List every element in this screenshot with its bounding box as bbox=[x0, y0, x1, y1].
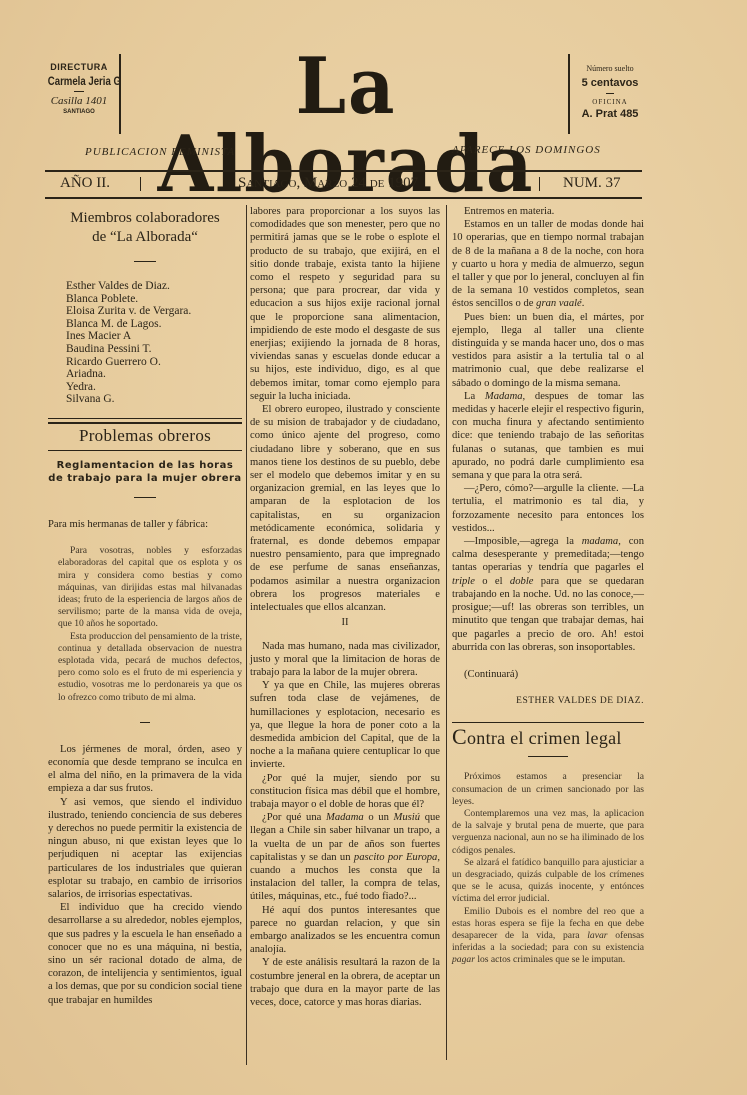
column-divider bbox=[446, 205, 447, 1060]
member: Eloisa Zurita v. de Vergara. bbox=[66, 305, 242, 318]
paragraph: —Imposible,—agrega la madama, con calma … bbox=[452, 535, 644, 654]
text: o un bbox=[364, 812, 394, 823]
drop-cap: C bbox=[452, 724, 467, 749]
masthead-divider-right bbox=[568, 54, 570, 134]
italic-text: pagar bbox=[452, 954, 475, 965]
divider bbox=[140, 177, 141, 191]
paragraph: ¿Por qué la mujer, siendo por su constit… bbox=[250, 772, 440, 812]
author-signature: ESTHER VALDES DE DIAZ. bbox=[452, 695, 644, 708]
city: SANTIAGO bbox=[40, 109, 118, 115]
subtitle-right: APARECE LOS DOMINGOS bbox=[452, 144, 601, 156]
paragraph: El individuo que ha crecido viendo desar… bbox=[48, 901, 242, 1007]
dateline-rule-bottom bbox=[45, 197, 642, 199]
paragraph: Se alzará el fatídico banquillo para aju… bbox=[452, 857, 644, 906]
issue-label: Número suelto bbox=[574, 64, 646, 73]
paragraph: Entremos en materia. bbox=[452, 205, 644, 218]
dedication-body: Esta produccion del pensamiento de la tr… bbox=[58, 631, 242, 704]
paragraph: —¿Pero, cómo?—argulle la cliente. —La te… bbox=[452, 482, 644, 535]
italic-text: Madama bbox=[485, 391, 523, 402]
issue-number: NUM. 37 bbox=[563, 175, 621, 192]
text: . bbox=[582, 298, 585, 309]
paragraph: Y asi vemos, que siendo el individuo ilu… bbox=[48, 796, 242, 902]
text: La bbox=[464, 391, 485, 402]
paragraph: Próximos estamos a presenciar la consuma… bbox=[452, 771, 644, 808]
masthead-divider-left bbox=[119, 54, 121, 134]
paragraph: Nada mas humano, nada mas civilizador, j… bbox=[250, 640, 440, 680]
divider bbox=[539, 177, 540, 191]
italic-text: gran vaalé bbox=[536, 298, 582, 309]
dateline-rule-top bbox=[45, 170, 642, 172]
section-heading: Contra el crimen legal bbox=[452, 725, 644, 750]
divider bbox=[452, 722, 644, 723]
divider bbox=[606, 93, 614, 94]
member: Blanca Poblete. bbox=[66, 293, 242, 306]
paragraph: Y de este análisis resultará la razon de… bbox=[250, 956, 440, 1009]
divider bbox=[140, 722, 150, 723]
paragraph: labores para proporcionar a los suyos la… bbox=[250, 205, 440, 403]
office-address: A. Prat 485 bbox=[574, 108, 646, 120]
italic-text: doble bbox=[510, 576, 534, 587]
text: los actos criminales que se le imputan. bbox=[475, 954, 625, 965]
divider bbox=[74, 91, 84, 92]
column-divider bbox=[246, 205, 247, 1065]
paragraph: Emilio Dubois es el nombre del reo que a… bbox=[452, 906, 644, 967]
member: Ricardo Guerrero O. bbox=[66, 356, 242, 369]
issue-date: Santiago, Marzo 24 de 1907 bbox=[238, 175, 418, 192]
member: Ines Macier A bbox=[66, 330, 242, 343]
article-heading: Reglamentacion de las horas de trabajo p… bbox=[48, 459, 242, 485]
italic-text: lavar bbox=[587, 930, 607, 941]
dedication-body: Para vosotras, nobles y esforzadas elabo… bbox=[58, 545, 242, 630]
masthead-price-block: Número suelto 5 centavos OFICINA A. Prat… bbox=[574, 64, 646, 120]
divider bbox=[48, 418, 242, 419]
paragraph: ¿Por qué una Madama o un Musiú que llega… bbox=[250, 811, 440, 903]
divider bbox=[528, 756, 568, 757]
members-list: Esther Valdes de Diaz. Blanca Poblete. E… bbox=[48, 280, 242, 406]
section-number: II bbox=[250, 616, 440, 629]
divider bbox=[48, 450, 242, 451]
text: o el bbox=[475, 576, 510, 587]
paragraph: Estamos en un taller de modas donde hai … bbox=[452, 218, 644, 310]
paragraph: Pues bien: un buen dia, el mártes, por e… bbox=[452, 311, 644, 390]
column-3: Entremos en materia. Estamos en un talle… bbox=[452, 205, 644, 967]
paragraph: Hé aquí dos puntos interesantes que pare… bbox=[250, 904, 440, 957]
director-label: DIRECTURA bbox=[40, 62, 118, 72]
section-heading: Problemas obreros bbox=[48, 424, 242, 448]
text: —Imposible,—agrega la bbox=[464, 536, 582, 547]
divider bbox=[134, 497, 156, 498]
postal-box: Casilla 1401 bbox=[40, 95, 118, 107]
member: Ariadna. bbox=[66, 368, 242, 381]
paragraph: Y ya que en Chile, las mujeres obreras s… bbox=[250, 679, 440, 771]
member: Blanca M. de Lagos. bbox=[66, 318, 242, 331]
paragraph: Los jérmenes de moral, órden, aseo y eco… bbox=[48, 743, 242, 796]
italic-text: Madama bbox=[326, 812, 364, 823]
divider bbox=[134, 261, 156, 262]
continued-note: (Continuará) bbox=[452, 668, 644, 681]
paragraph: La Madama, despues de tomar las medidas … bbox=[452, 390, 644, 482]
text: ¿Por qué una bbox=[262, 812, 326, 823]
subtitle-left: PUBLICACION FEMINISTA bbox=[85, 146, 235, 158]
column-2: labores para proporcionar a los suyos la… bbox=[250, 205, 440, 1009]
member: Yedra. bbox=[66, 381, 242, 394]
italic-text: triple bbox=[452, 576, 475, 587]
text: , despues de tomar las medidas y hacerle… bbox=[452, 391, 644, 481]
heading-text: ontra el crimen legal bbox=[467, 728, 622, 748]
newspaper-page: DIRECTURA Carmela Jeria G Casilla 1401 S… bbox=[0, 0, 747, 1095]
text: Estamos en un taller de modas donde hai … bbox=[452, 219, 644, 309]
paragraph: El obrero europeo, ilustrado y conscient… bbox=[250, 403, 440, 614]
office-label: OFICINA bbox=[574, 98, 646, 106]
members-heading-line: Miembros colaboradores bbox=[48, 209, 242, 228]
italic-text: pascito por Europa bbox=[354, 852, 437, 863]
members-heading: Miembros colaboradores de “La Alborada“ bbox=[48, 209, 242, 247]
text: para que se quedaran trabajando en la no… bbox=[452, 576, 644, 653]
masthead-director-block: DIRECTURA Carmela Jeria G Casilla 1401 S… bbox=[40, 62, 118, 115]
year-label: AÑO II. bbox=[60, 175, 110, 192]
member: Baudina Pessini T. bbox=[66, 343, 242, 356]
italic-text: madama bbox=[582, 536, 619, 547]
member: Esther Valdes de Diaz. bbox=[66, 280, 242, 293]
paragraph: Contemplaremos una vez mas, la aplicacio… bbox=[452, 808, 644, 857]
director-name: Carmela Jeria G bbox=[48, 74, 110, 88]
column-1: Miembros colaboradores de “La Alborada“ … bbox=[48, 205, 242, 1007]
dedication: Para mis hermanas de taller y fábrica: bbox=[48, 518, 242, 531]
dateline: AÑO II. Santiago, Marzo 24 de 1907 NUM. … bbox=[58, 175, 638, 195]
member: Silvana G. bbox=[66, 393, 242, 406]
price: 5 centavos bbox=[574, 77, 646, 89]
members-heading-line: de “La Alborada“ bbox=[48, 228, 242, 247]
italic-text: Musiú bbox=[394, 812, 420, 823]
